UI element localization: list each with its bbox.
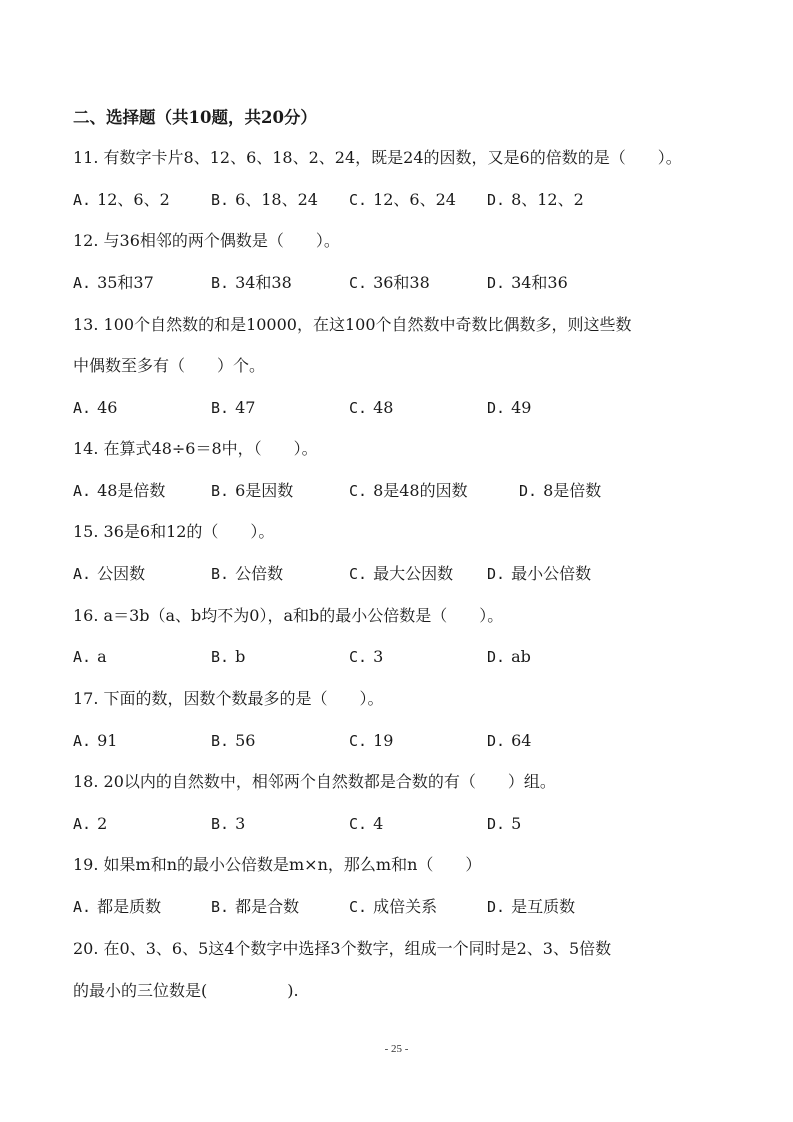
question-11-text: 11. 有数字卡片8、12、6、18、2、24，既是24的因数，又是6的倍数的是… [73,146,682,170]
option-d: D.是互质数 [487,895,575,919]
document-page: 二、选择题（共10题，共20分） 11. 有数字卡片8、12、6、18、2、24… [0,0,793,1122]
option-c: C.12、6、24 [349,188,456,212]
option-a: A.公因数 [73,562,145,586]
option-c: C.3 [349,645,383,669]
question-17-text: 17. 下面的数，因数个数最多的是（ ）。 [73,687,384,711]
option-b: B.47 [211,396,255,420]
question-20-text-line-1: 20. 在0、3、6、5这4个数字中选择3个数字，组成一个同时是2、3、5倍数 [73,937,611,961]
option-a: A.a [73,645,107,669]
option-a: A.35和37 [73,271,154,295]
option-c: C.8是48的因数 [349,479,468,503]
option-b: B.6、18、24 [211,188,318,212]
option-b: B.3 [211,812,245,836]
option-d: D.34和36 [487,271,568,295]
question-19-text: 19. 如果m和n的最小公倍数是m×n，那么m和n（ ） [73,853,481,877]
option-c: C.36和38 [349,271,430,295]
page-number: - 25 - [0,1043,793,1055]
question-13-text-line-2: 中偶数至多有（ ）个。 [73,354,265,378]
option-c: C.成倍关系 [349,895,437,919]
question-20-text-line-2: 的最小的三位数是( ). [73,979,299,1003]
option-d: D.49 [487,396,531,420]
option-d: D.ab [487,645,531,669]
option-b: B.都是合数 [211,895,299,919]
question-13-text-line-1: 13. 100个自然数的和是10000，在这100个自然数中奇数比偶数多，则这些… [73,313,632,337]
option-b: B.34和38 [211,271,292,295]
section-heading: 二、选择题（共10题，共20分） [73,106,317,130]
option-a: A.48是倍数 [73,479,165,503]
option-a: A.91 [73,729,117,753]
question-18-text: 18. 20以内的自然数中，相邻两个自然数都是合数的有（ ）组。 [73,770,556,794]
option-a: A.46 [73,396,117,420]
option-d: D.8是倍数 [519,479,601,503]
option-a: A.都是质数 [73,895,161,919]
question-15-text: 15. 36是6和12的（ ）。 [73,520,274,544]
option-b: B.56 [211,729,255,753]
option-d: D.最小公倍数 [487,562,591,586]
option-b: B.b [211,645,245,669]
option-d: D.64 [487,729,531,753]
option-a: A.2 [73,812,107,836]
question-16-text: 16. a＝3b（a、b均不为0），a和b的最小公倍数是（ ）。 [73,604,503,628]
option-d: D.8、12、2 [487,188,584,212]
option-c: C.19 [349,729,393,753]
option-c: C.48 [349,396,393,420]
option-b: B.6是因数 [211,479,293,503]
option-a: A.12、6、2 [73,188,170,212]
question-12-text: 12. 与36相邻的两个偶数是（ ）。 [73,229,340,253]
option-d: D.5 [487,812,521,836]
question-14-text: 14. 在算式48÷6＝8中，（ ）。 [73,437,318,461]
option-c: C.4 [349,812,383,836]
option-b: B.公倍数 [211,562,283,586]
option-c: C.最大公因数 [349,562,453,586]
